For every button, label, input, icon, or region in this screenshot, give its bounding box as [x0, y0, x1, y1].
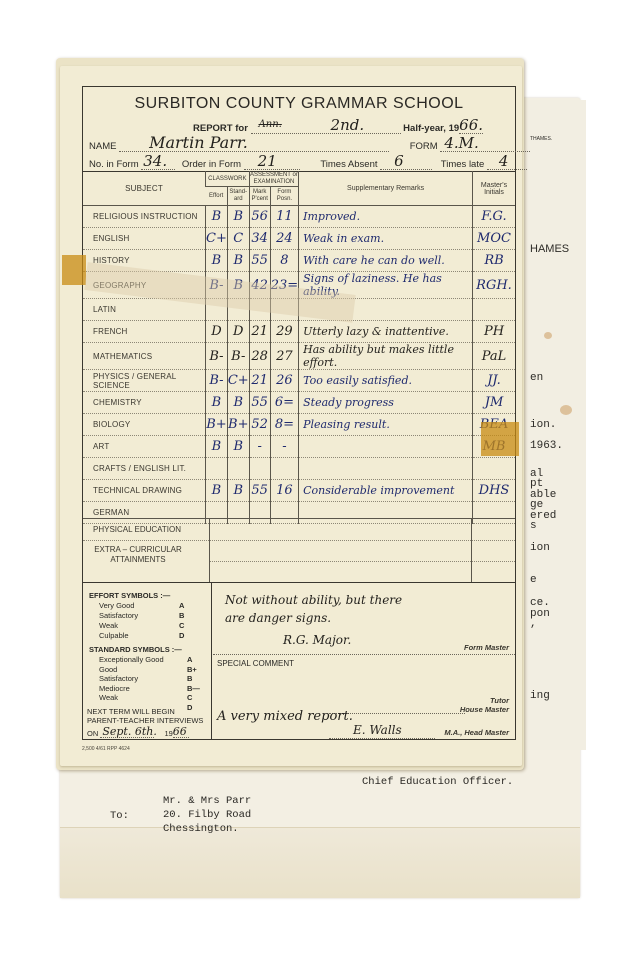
standard-symbol-label: Weak	[99, 693, 118, 702]
effort-cell: C+	[206, 228, 228, 250]
mark-cell: 21	[249, 321, 270, 343]
stain	[544, 332, 552, 339]
mark-cell: 34	[249, 228, 270, 250]
mark-cell: 28	[249, 343, 270, 370]
standard-symbol: B+	[187, 665, 197, 674]
effort-symbols-title: EFFORT SYMBOLS :—	[89, 591, 170, 600]
report-for-struck: Ann.	[259, 117, 282, 133]
effort-symbol: C	[179, 621, 184, 630]
mark-cell: 21	[249, 370, 270, 392]
subject-cell: TECHNICAL DRAWING	[83, 480, 206, 502]
standard-cell: B-	[227, 343, 249, 370]
no-in-form-value: 34.	[143, 153, 167, 169]
physical-education-label: PHYSICAL EDUCATION	[93, 525, 181, 535]
effort-symbol: B	[179, 611, 184, 620]
table-row: TECHNICAL DRAWINGBB5516Considerable impr…	[83, 480, 515, 502]
standard-cell: D	[227, 321, 249, 343]
effort-cell: B	[206, 392, 228, 414]
head-master-label: M.A., Head Master	[444, 728, 509, 737]
stain	[560, 405, 572, 415]
mark-cell: 55	[249, 392, 270, 414]
form-label: FORM	[410, 141, 438, 152]
head-signature: E. Walls	[353, 723, 402, 737]
mark-cell: 55	[249, 250, 270, 272]
remark-cell	[299, 458, 473, 480]
effort-cell: B	[206, 250, 228, 272]
posn-cell: 11	[270, 206, 298, 228]
remark-cell: Improved.	[299, 206, 473, 228]
order-label: Order in Form	[182, 159, 241, 170]
col-subject: SUBJECT	[83, 172, 206, 206]
standard-cell: C	[227, 228, 249, 250]
mark-cell: 55	[249, 480, 270, 502]
col-standard: Stand-ard	[227, 187, 249, 206]
subject-cell: PHYSICS / GENERAL SCIENCE	[83, 370, 206, 392]
col-mark: Mark P'cent	[249, 187, 270, 206]
school-title: SURBITON COUNTY GRAMMAR SCHOOL	[83, 95, 515, 113]
effort-cell: B-	[206, 343, 228, 370]
remark-cell: Considerable improvement	[299, 480, 473, 502]
address-line-3: Chessington.	[163, 822, 239, 836]
term-begin-year: 66	[173, 726, 187, 737]
name-value: Martin Parr.	[149, 135, 248, 151]
remark-cell: Steady progress	[299, 392, 473, 414]
letter-fragment: ion	[530, 542, 550, 554]
effort-cell: B	[206, 436, 228, 458]
table-row: CRAFTS / ENGLISH LIT.	[83, 458, 515, 480]
letter-fragment: e	[530, 574, 537, 586]
effort-symbol-label: Satisfactory	[99, 611, 138, 620]
standard-cell: B	[227, 480, 249, 502]
standard-symbol: C	[187, 693, 192, 702]
standard-cell: B+	[227, 414, 249, 436]
grades-table: SUBJECT CLASSWORK ASSESSMENT or EXAMINAT…	[83, 171, 515, 524]
table-row: PHYSICS / GENERAL SCIENCEB-C+2126Too eas…	[83, 370, 515, 392]
col-assessment: ASSESSMENT or EXAMINATION	[249, 172, 298, 187]
standard-cell: C+	[227, 370, 249, 392]
subject-cell: ART	[83, 436, 206, 458]
year-value: 66.	[459, 117, 483, 133]
table-row: FRENCHDD2129Utterly lazy & inattentive.P…	[83, 321, 515, 343]
order-value: 21	[258, 153, 277, 169]
form-master-label: Form Master	[464, 643, 509, 652]
standard-symbol: B	[187, 674, 192, 683]
posn-cell: 8=	[270, 414, 298, 436]
table-row: HISTORYBB558With care he can do well.RB	[83, 250, 515, 272]
standard-cell: B	[227, 250, 249, 272]
initials-cell	[473, 458, 516, 480]
stats-line: No. in Form 34. Order in Form 21 Times A…	[89, 155, 527, 170]
letter-fragment: en	[530, 372, 543, 384]
posn-cell: -	[270, 436, 298, 458]
report-for-line: REPORT for Ann. 2nd. Half-year, 1966.	[193, 119, 483, 134]
initials-cell: RB	[473, 250, 516, 272]
standard-symbol: D	[187, 703, 192, 712]
letter-fragment: ing	[530, 690, 550, 702]
report-frame: SURBITON COUNTY GRAMMAR SCHOOL REPORT fo…	[82, 86, 516, 740]
symbol-legend: EFFORT SYMBOLS :— Very Good ASatisfactor…	[83, 583, 212, 740]
col-initials: Master's Initials	[473, 172, 516, 206]
standard-cell: B	[227, 206, 249, 228]
initials-cell: JM	[473, 392, 516, 414]
tape-left	[62, 255, 86, 285]
initials-cell: DHS	[473, 480, 516, 502]
effort-symbol: D	[179, 631, 184, 640]
subject-cell: CRAFTS / ENGLISH LIT.	[83, 458, 206, 480]
subject-cell: BIOLOGY	[83, 414, 206, 436]
tape-right	[481, 422, 519, 456]
letter-fragment: 1963.	[530, 440, 563, 452]
absent-value: 6	[394, 153, 404, 169]
no-in-form-label: No. in Form	[89, 159, 139, 170]
standard-symbols-title: STANDARD SYMBOLS :—	[89, 645, 182, 654]
table-row: CHEMISTRYBB556=Steady progressJM	[83, 392, 515, 414]
standard-cell: B	[227, 392, 249, 414]
table-row: ARTBB--MB	[83, 436, 515, 458]
posn-cell: 6=	[270, 392, 298, 414]
head-comment: A very mixed report.	[217, 709, 353, 724]
form-master-comment-2: are danger signs.	[225, 611, 331, 625]
table-row: ENGLISHC+C3424Weak in exam.MOC	[83, 228, 515, 250]
standard-symbol-label: Exceptionally Good	[99, 655, 164, 664]
comments-block: EFFORT SYMBOLS :— Very Good ASatisfactor…	[83, 582, 515, 740]
effort-symbol-label: Culpable	[99, 631, 129, 640]
subject-cell: ENGLISH	[83, 228, 206, 250]
name-label: NAME	[89, 141, 116, 152]
letter-fragment: ,	[530, 618, 537, 630]
standard-symbol-label: Satisfactory	[99, 674, 138, 683]
name-line: NAME Martin Parr. FORM 4.M.	[89, 137, 530, 152]
year-prefix: 19	[164, 729, 172, 738]
special-comment-label: SPECIAL COMMENT	[217, 659, 294, 668]
subject-cell: CHEMISTRY	[83, 392, 206, 414]
table-row: BIOLOGYB+B+528=Pleasing result.BEA	[83, 414, 515, 436]
extra-curricular-label: EXTRA – CURRICULAR ATTAINMENTS	[93, 545, 183, 565]
standard-cell: B	[227, 436, 249, 458]
report-card: SURBITON COUNTY GRAMMAR SCHOOL REPORT fo…	[60, 66, 522, 766]
pe-extra-block: PHYSICAL EDUCATION EXTRA – CURRICULAR AT…	[83, 518, 515, 583]
next-term-line2: PARENT-TEACHER INTERVIEWS	[87, 716, 203, 725]
letter-fragment: HAMES	[530, 243, 569, 255]
letter-fragment: ion.	[530, 419, 556, 431]
on-label: ON	[87, 729, 98, 738]
effort-cell: B-	[206, 370, 228, 392]
effort-cell: B	[206, 206, 228, 228]
posn-cell: 8	[270, 250, 298, 272]
half-year-label: Half-year, 19	[403, 123, 459, 134]
posn-cell: 27	[270, 343, 298, 370]
effort-symbol-label: Very Good	[99, 601, 134, 610]
mark-cell: 56	[249, 206, 270, 228]
remark-cell	[299, 436, 473, 458]
late-label: Times late	[441, 159, 484, 170]
initials-cell: F.G.	[473, 206, 516, 228]
initials-cell: PaL	[473, 343, 516, 370]
initials-cell: JJ.	[473, 370, 516, 392]
subject-cell: FRENCH	[83, 321, 206, 343]
letter-fold	[60, 827, 580, 898]
standard-symbol-label: Mediocre	[99, 684, 130, 693]
effort-cell	[206, 458, 228, 480]
standard-cell	[227, 458, 249, 480]
tutor-label: Tutor	[490, 696, 509, 705]
effort-symbol: A	[179, 601, 184, 610]
term-begin-line: ON Sept. 6th. 1966	[87, 726, 189, 738]
print-code: 2,500 4/61 RPP 4624	[82, 746, 130, 752]
address-line-2: 20. Filby Road	[163, 808, 251, 822]
effort-symbol-label: Weak	[99, 621, 118, 630]
effort-cell: B	[206, 480, 228, 502]
remark-cell: Weak in exam.	[299, 228, 473, 250]
col-remarks: Supplementary Remarks	[299, 172, 473, 206]
table-row: MATHEMATICSB-B-2827Has ability but makes…	[83, 343, 515, 370]
initials-cell: RGH.	[473, 272, 516, 299]
term-begin-date: Sept. 6th.	[102, 726, 157, 737]
remarks-area: Not without ability, but there are dange…	[213, 583, 515, 740]
standard-symbol: B—	[187, 684, 200, 693]
initials-cell: PH	[473, 321, 516, 343]
remark-cell: Utterly lazy & inattentive.	[299, 321, 473, 343]
standard-symbol: A	[187, 655, 192, 664]
late-value: 4	[499, 153, 509, 169]
mark-cell	[249, 458, 270, 480]
remark-cell: Has ability but makes little effort.	[299, 343, 473, 370]
col-classwork: CLASSWORK	[206, 172, 250, 187]
posn-cell	[270, 458, 298, 480]
address-line-1: Mr. & Mrs Parr	[163, 794, 251, 808]
letter-signatory: Chief Education Officer.	[362, 775, 513, 789]
letter-edge: THAMES. HAMES en ion. 1963. al pt able g…	[522, 100, 586, 750]
letter-fragment: THAMES.	[530, 136, 552, 142]
form-master-signature: R.G. Major.	[283, 633, 351, 647]
remark-cell: Pleasing result.	[299, 414, 473, 436]
remark-cell: Too easily satisfied.	[299, 370, 473, 392]
standard-symbol-label: Good	[99, 665, 117, 674]
absent-label: Times Absent	[320, 159, 377, 170]
letter-fragment: s	[530, 520, 537, 532]
posn-cell: 29	[270, 321, 298, 343]
form-master-comment: Not without ability, but there	[225, 593, 402, 607]
subject-cell: MATHEMATICS	[83, 343, 206, 370]
mark-cell: 52	[249, 414, 270, 436]
initials-cell: MOC	[473, 228, 516, 250]
to-label: To:	[110, 809, 129, 823]
initials-cell	[473, 299, 516, 321]
posn-cell: 24	[270, 228, 298, 250]
mark-cell: -	[249, 436, 270, 458]
posn-cell: 16	[270, 480, 298, 502]
remark-cell: With care he can do well.	[299, 250, 473, 272]
col-effort: Effort	[206, 187, 228, 206]
form-value: 4.M.	[444, 135, 478, 151]
posn-cell: 26	[270, 370, 298, 392]
effort-cell: B+	[206, 414, 228, 436]
col-form-posn: Form Posn.	[270, 187, 298, 206]
house-master-label: House Master	[460, 705, 509, 714]
effort-cell: D	[206, 321, 228, 343]
next-term-line1: NEXT TERM WILL BEGIN	[87, 707, 175, 716]
subject-cell: RELIGIOUS INSTRUCTION	[83, 206, 206, 228]
report-for-value: 2nd.	[331, 117, 365, 133]
table-row: RELIGIOUS INSTRUCTIONBB5611Improved.F.G.	[83, 206, 515, 228]
